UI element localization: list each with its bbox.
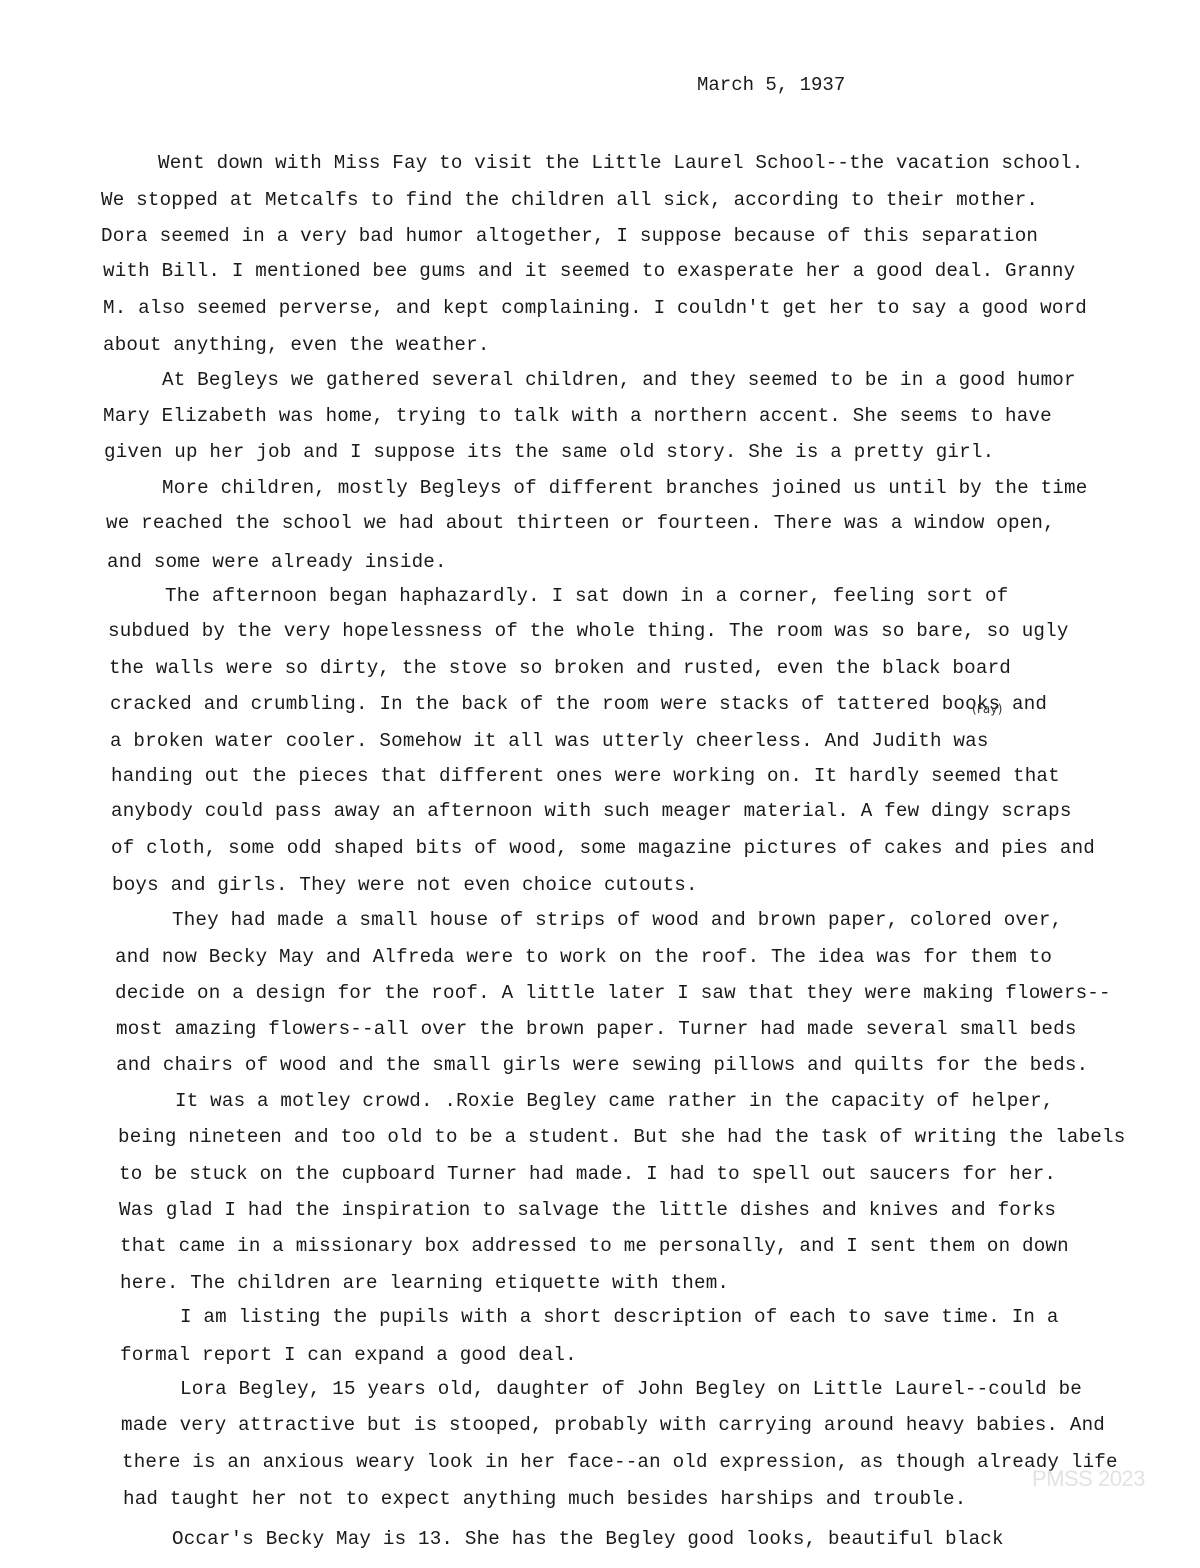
text-line: the walls were so dirty, the stove so br… (109, 657, 1011, 679)
text-line: handing out the pieces that different on… (111, 765, 1060, 787)
text-line: boys and girls. They were not even choic… (112, 874, 698, 896)
document-date: March 5, 1937 (697, 74, 845, 96)
text-line: The afternoon began haphazardly. I sat d… (165, 585, 1008, 607)
text-line: We stopped at Metcalfs to find the child… (101, 189, 1038, 211)
text-line: At Begleys we gathered several children,… (162, 369, 1076, 391)
text-line: M. also seemed perverse, and kept compla… (103, 297, 1087, 319)
text-line: here. The children are learning etiquett… (120, 1272, 729, 1294)
handwritten-annotation: (Fay) (972, 702, 1003, 716)
text-line: most amazing flowers--all over the brown… (116, 1018, 1077, 1040)
text-line: with Bill. I mentioned bee gums and it s… (103, 260, 1075, 282)
text-line: formal report I can expand a good deal. (120, 1344, 577, 1366)
text-line: Went down with Miss Fay to visit the Lit… (158, 152, 1083, 174)
text-line: subdued by the very hopelessness of the … (108, 620, 1069, 642)
text-line: being nineteen and too old to be a stude… (118, 1126, 1125, 1148)
text-line: had taught her not to expect anything mu… (123, 1488, 966, 1510)
text-line: cracked and crumbling. In the back of th… (110, 693, 1047, 715)
text-line: anybody could pass away an afternoon wit… (111, 800, 1072, 822)
text-line: and some were already inside. (107, 551, 447, 573)
text-line: They had made a small house of strips of… (172, 909, 1062, 931)
text-line: Lora Begley, 15 years old, daughter of J… (180, 1378, 1082, 1400)
text-line: More children, mostly Begleys of differe… (162, 477, 1087, 499)
text-line: a broken water cooler. Somehow it all wa… (110, 730, 989, 752)
text-line: Was glad I had the inspiration to salvag… (119, 1199, 1056, 1221)
watermark: PMSS 2023 (1032, 1466, 1145, 1492)
text-line: we reached the school we had about thirt… (106, 512, 1055, 534)
text-line: It was a motley crowd. .Roxie Begley cam… (175, 1090, 1054, 1112)
text-line: given up her job and I suppose its the s… (104, 441, 994, 463)
text-line: that came in a missionary box addressed … (120, 1235, 1069, 1257)
text-line: decide on a design for the roof. A littl… (115, 982, 1111, 1004)
text-line: and now Becky May and Alfreda were to wo… (115, 946, 1052, 968)
text-line: made very attractive but is stooped, pro… (121, 1414, 1105, 1436)
text-line: about anything, even the weather. (103, 334, 490, 356)
text-line: Occar's Becky May is 13. She has the Beg… (172, 1528, 1004, 1550)
text-line: Dora seemed in a very bad humor altogeth… (101, 225, 1038, 247)
text-line: of cloth, some odd shaped bits of wood, … (111, 837, 1095, 859)
text-line: I am listing the pupils with a short des… (180, 1306, 1059, 1328)
text-line: and chairs of wood and the small girls w… (116, 1054, 1088, 1076)
document-page: March 5, 1937 Went down with Miss Fay to… (0, 0, 1200, 1568)
text-line: there is an anxious weary look in her fa… (122, 1451, 1118, 1473)
text-line: Mary Elizabeth was home, trying to talk … (103, 405, 1052, 427)
text-line: to be stuck on the cupboard Turner had m… (119, 1163, 1056, 1185)
